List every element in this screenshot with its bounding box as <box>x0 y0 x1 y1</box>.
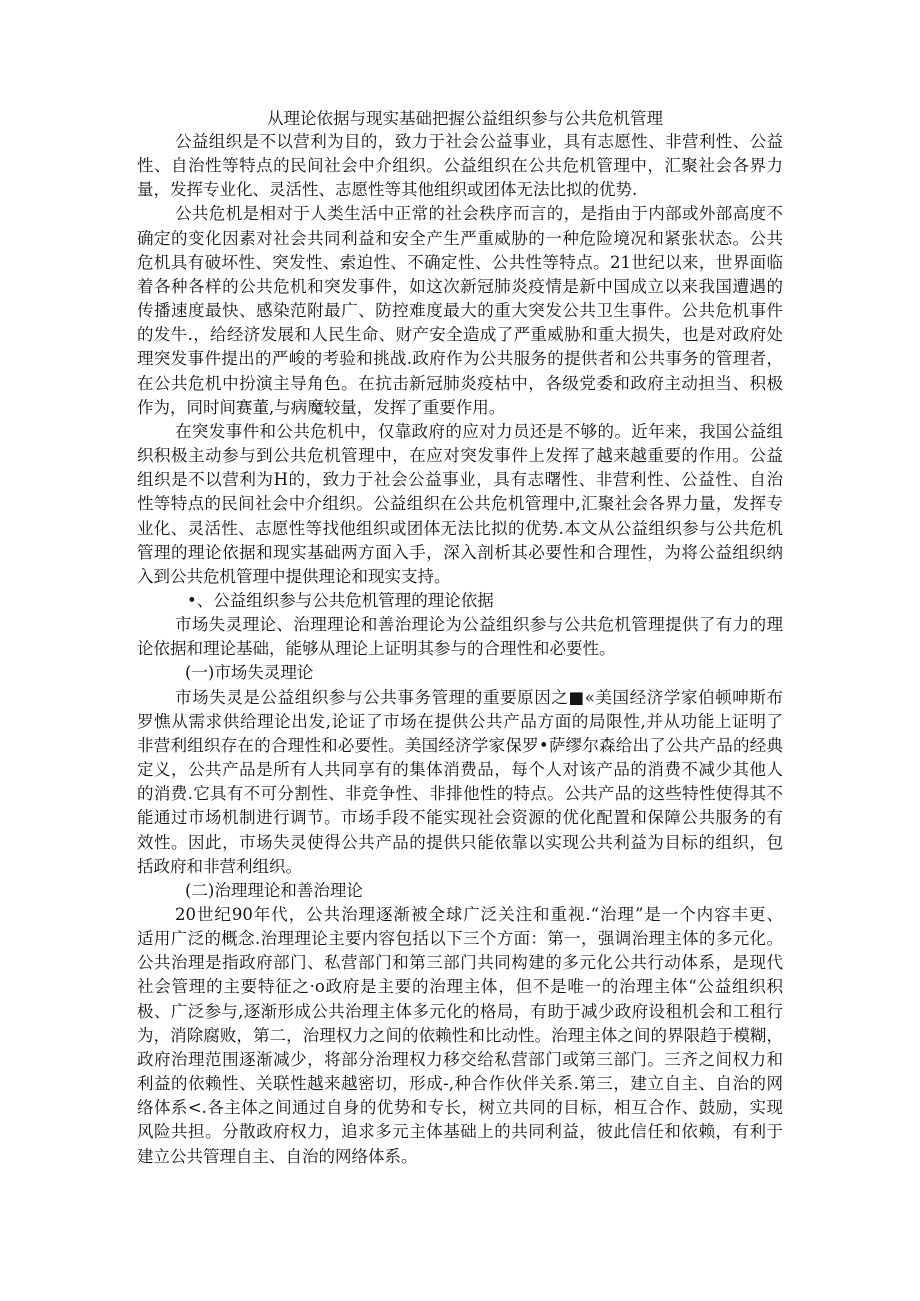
body-line: 传播速度最快、感染范附最广、防控难度最大的重大突发公共卫生事件。公共危机事件 <box>137 299 783 323</box>
body-line: 组织是不以营利为H的，致力于社会公益事业，具有志曙性、非营利性、公益性、自治 <box>137 468 783 492</box>
body-line: 适用广泛的概念.治理理论主要内容包括以下三个方面：第一，强调治理主体的多元化。 <box>137 927 783 951</box>
paragraph-intro-2: 公共危机是相对于人类生活中正常的社会秩序而言的，是指由于内部或外部高度不 确定的… <box>137 202 783 419</box>
paragraph-intro-3: 在突发事件和公共危机中，仅靠政府的应对力员还是不够的。近年来，我国公益组 织积极… <box>137 420 783 589</box>
paragraph-section1-intro: 市场失灵理论、治理理论和善治理论为公益组织参与公共危机管理提供了有力的理 论依据… <box>137 613 783 661</box>
body-line: 市场失灵是公益组织参与公共事务管理的重要原因之■«美国经济学家伯顿呻斯布 <box>137 686 783 710</box>
paragraph-intro-1: 公益组织是不以营利为目的，致力于社会公益事业，具有志愿性、非营利性、公益 性、自… <box>137 130 783 202</box>
body-line: 的发牛.，给经济发展和人民生命、财产安全造成了严重威胁和重大损失，也是对政府处 <box>137 323 783 347</box>
body-line: 在公共危机中扮演主导角色。在抗击新冠肺炎疫枯中，各级党委和政府主动担当、积极 <box>137 372 783 396</box>
body-line: 非营利组织存在的合理性和必要性。美国经济学家保罗•萨缪尔森给出了公共产品的经典 <box>137 734 783 758</box>
body-line: 织积极主动参与到公共危机管理中，在应对突发事件上发挥了越来越重要的作用。公益 <box>137 444 783 468</box>
body-line: 管理的理论依据和现实基础两方面入手，深入剖析其必要性和合理性，为将公益组织纳 <box>137 541 783 565</box>
subsection-heading-market-failure: (一)市场失灵理论 <box>137 661 783 685</box>
paragraph-market-failure: 市场失灵是公益组织参与公共事务管理的重要原因之■«美国经济学家伯顿呻斯布 罗憔从… <box>137 686 783 879</box>
body-line: 利益的依赖性、关联性越来越密切，形成-,种合作伙伴关系.第三，建立自主、自治的网 <box>137 1072 783 1096</box>
body-line: 建立公共管理自主、自治的网络体系。 <box>137 1145 783 1169</box>
body-line: 为，消除腐败，第二，治理权力之间的依赖性和比动性。治理主体之间的界限趋于模糊， <box>137 1024 783 1048</box>
body-line: 20世纪90年代，公共治理逐渐被全球广泛关注和重视.“治理”是一个内容丰更、 <box>137 903 783 927</box>
subsection-heading-governance: (二)治理理论和善治理论 <box>137 879 783 903</box>
body-line: 能通过市场机制进行调节。市场手段不能实现社会资源的优化配置和保障公共服务的有 <box>137 806 783 830</box>
body-line: 性等特点的民间社会中介组织。公益组织在公共危机管理中,汇聚社会各界力量，发挥专 <box>137 492 783 516</box>
section-heading: •、公益组织参与公共危机管理的理论依据 <box>137 589 783 613</box>
body-line: 社会管理的主要特征之·o政府是主要的治理主体，但不是唯一的治理主体“公益组织积 <box>137 975 783 999</box>
body-line: 络体系<.各主体之间通过自身的优势和专长，树立共同的目标，相互合作、鼓励，实现 <box>137 1096 783 1120</box>
body-line: 确定的变化因素对社会共同利益和安全产生严重威胁的一种危险境况和紧张状态。公共 <box>137 227 783 251</box>
body-line: 论依据和理论基础，能够从理论上证明其参与的合理性和必要性。 <box>137 637 783 661</box>
paragraph-governance: 20世纪90年代，公共治理逐渐被全球广泛关注和重视.“治理”是一个内容丰更、 适… <box>137 903 783 1169</box>
body-line: 着各种各样的公共危机和突发事件，如这次新冠肺炎疫情是新中国成立以来我国遭遇的 <box>137 275 783 299</box>
body-line: 的消费.它具有不可分割性、非竞争性、非排他性的特点。公共产品的这些特性使得其不 <box>137 782 783 806</box>
body-line: 性、自治性等特点的民间社会中介组织。公益组织在公共危机管理中，汇聚社会各界力 <box>137 154 783 178</box>
body-line: 极、广泛参与,逐渐形成公共治理主体多元化的格局，有助于减少政府设租机会和工租行 <box>137 1000 783 1024</box>
body-line: 危机具有破坏性、突发性、索迫性、不确定性、公共性等特点。21世纪以来，世界面临 <box>137 251 783 275</box>
body-line: 业化、灵活性、志愿性等找他组织或团体无法比拟的优势.本文从公益组织参与公共危机 <box>137 517 783 541</box>
body-line: 罗憔从需求供给理论出发,论证了市场在提供公共产品方面的局限性,并从功能上证明了 <box>137 710 783 734</box>
body-line: 风险共担。分散政府权力，追求多元主体基础上的共同利益，彼此信任和依赖，有利于 <box>137 1120 783 1144</box>
document-body: 从理论依据与现实基础把握公益组织参与公共危机管理 公益组织是不以营利为目的，致力… <box>137 108 783 1169</box>
body-line: 在突发事件和公共危机中，仅靠政府的应对力员还是不够的。近年来，我国公益组 <box>137 420 783 444</box>
body-line: 括政府和非营利组织。 <box>137 855 783 879</box>
body-line: 入到公共危机管理中提供理论和现实支持。 <box>137 565 783 589</box>
body-line: 量，发挥专业化、灵活性、志愿性等其他组织或团体无法比拟的优势. <box>137 178 783 202</box>
body-line: 公共治理是指政府部门、私营部门和第三部门共同构建的多元化公共行动体系，是现代 <box>137 951 783 975</box>
body-line: 定义，公共产品是所有人共同享有的集体消费品，每个人对该产品的消费不减少其他人 <box>137 758 783 782</box>
body-line: 公益组织是不以营利为目的，致力于社会公益事业，具有志愿性、非营利性、公益 <box>137 130 783 154</box>
document-title: 从理论依据与现实基础把握公益组织参与公共危机管理 <box>137 108 783 130</box>
document-page: 从理论依据与现实基础把握公益组织参与公共危机管理 公益组织是不以营利为目的，致力… <box>0 0 920 1301</box>
body-line: 市场失灵理论、治理理论和善治理论为公益组织参与公共危机管理提供了有力的理 <box>137 613 783 637</box>
body-line: 公共危机是相对于人类生活中正常的社会秩序而言的，是指由于内部或外部高度不 <box>137 202 783 226</box>
body-line: 效性。因此，市场失灵使得公共产品的提供只能依靠以实现公共利益为目标的组织，包 <box>137 831 783 855</box>
body-line: 作为，同时间赛董,与病魔较量，发挥了重要作用。 <box>137 396 783 420</box>
body-line: 理突发事件提出的严峻的考验和挑战.政府作为公共服务的提供者和公共事务的管理者， <box>137 347 783 371</box>
body-line: 政府治理范围逐渐减少，将部分治理权力移交给私营部门或第三部门。三齐之间权力和 <box>137 1048 783 1072</box>
